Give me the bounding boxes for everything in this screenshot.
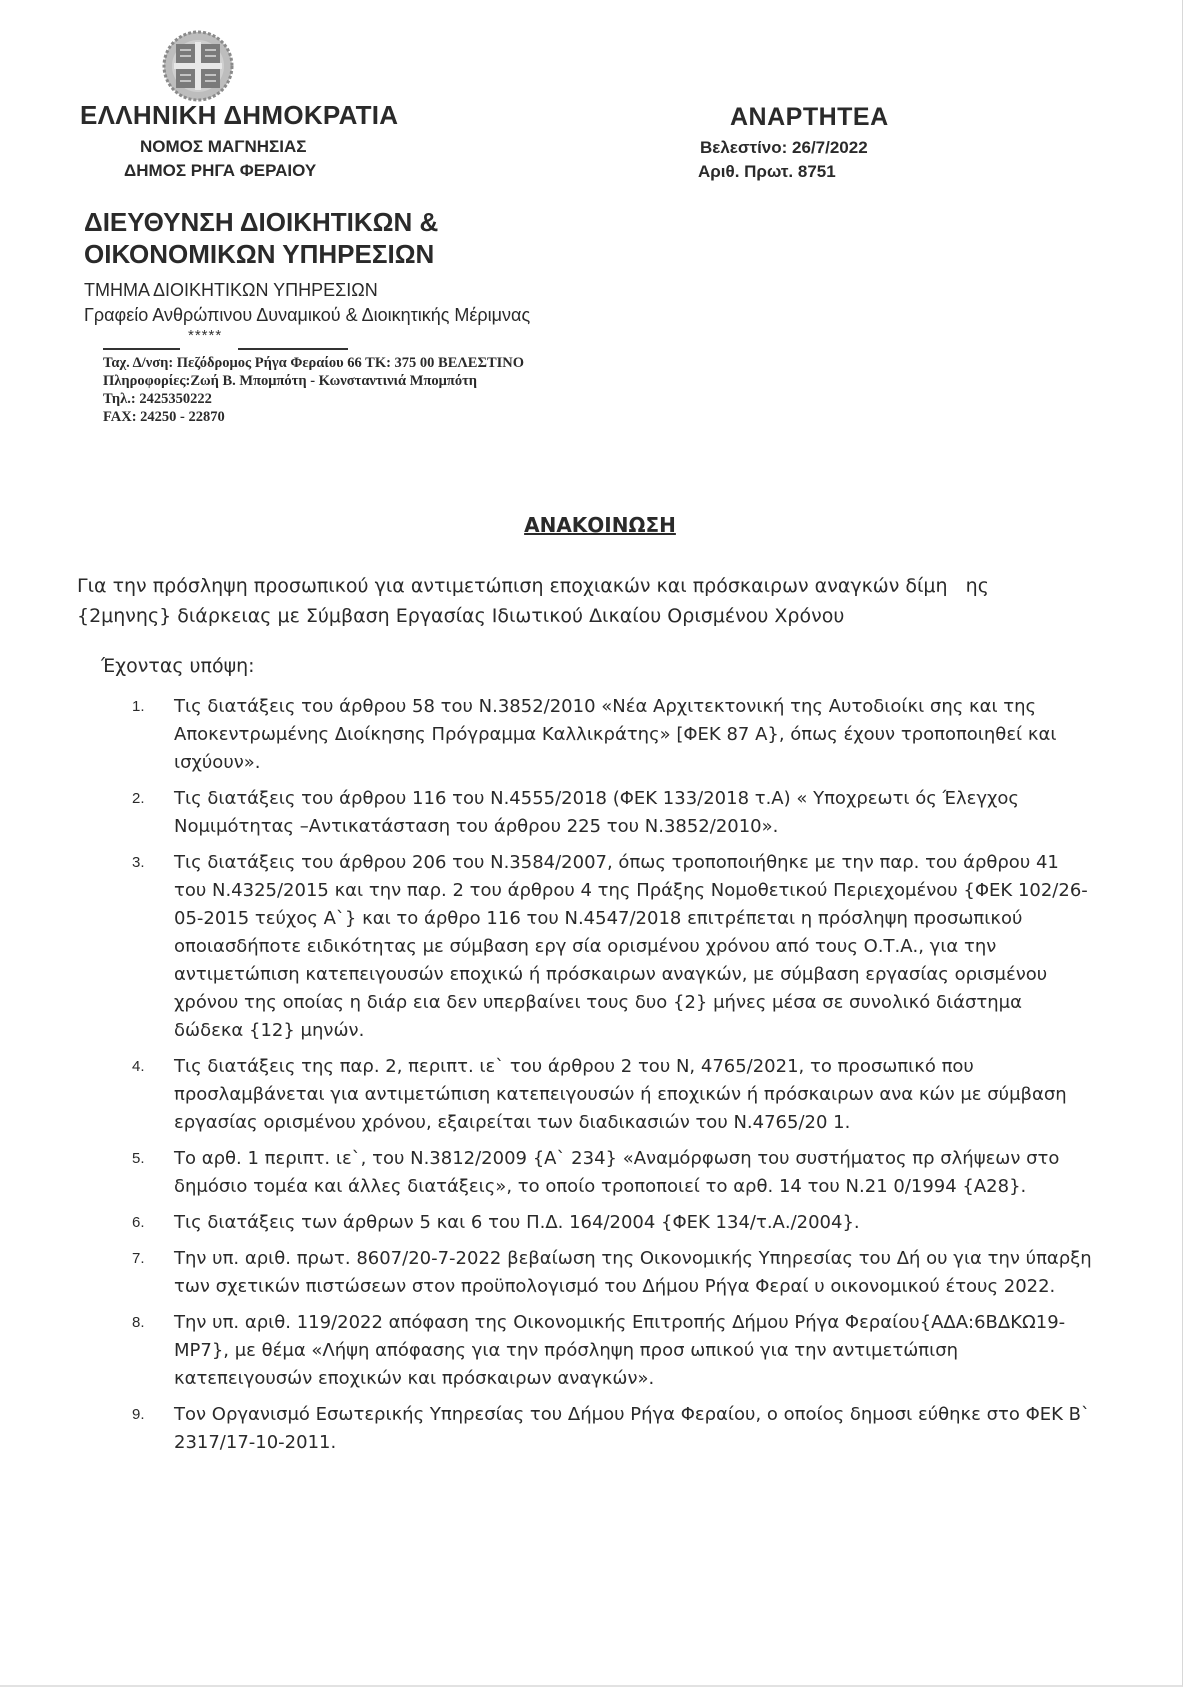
item-text: Τον Οργανισμό Εσωτερικής Υπηρεσίας του Δ… bbox=[174, 1401, 1092, 1457]
considering-heading: Έχοντας υπόψη: bbox=[101, 655, 255, 677]
list-item: 4.Τις διατάξεις της παρ. 2, περιπτ. ιε` … bbox=[132, 1053, 1092, 1137]
contact-block: Ταχ. Δ/νση: Πεζόδρομος Ρήγα Φεραίου 66 Τ… bbox=[103, 354, 524, 426]
protocol-number: Αριθ. Πρωτ. 8751 bbox=[698, 160, 889, 184]
list-item: 6.Τις διατάξεις των άρθρων 5 και 6 του Π… bbox=[132, 1209, 1092, 1237]
item-text: Τις διατάξεις του άρθρου 206 του Ν.3584/… bbox=[174, 849, 1092, 1045]
postal-address: Ταχ. Δ/νση: Πεζόδρομος Ρήγα Φεραίου 66 Τ… bbox=[103, 354, 524, 372]
document-reference: ΑΝΑΡΤΗΤΕΑ Βελεστίνο: 26/7/2022 Αριθ. Πρω… bbox=[700, 103, 889, 184]
item-text: Την υπ. αριθ. 119/2022 απόφαση της Οικον… bbox=[174, 1309, 1092, 1393]
department-name: ΤΜΗΜΑ ΔΙΟΙΚΗΤΙΚΩΝ ΥΠΗΡΕΣΙΩΝ bbox=[84, 278, 530, 303]
divider-line bbox=[238, 348, 348, 350]
prefecture-name: ΝΟΜΟΣ ΜΑΓΝΗΣΙΑΣ bbox=[80, 135, 398, 159]
list-item: 3.Τις διατάξεις του άρθρου 206 του Ν.358… bbox=[132, 849, 1092, 1045]
item-text: Το αρθ. 1 περιπτ. ιε`, του Ν.3812/2009 {… bbox=[174, 1145, 1092, 1201]
legal-basis-list: 1.Τις διατάξεις του άρθρου 58 του Ν.3852… bbox=[132, 693, 1092, 1465]
divider-line bbox=[103, 348, 180, 350]
municipality-name: ΔΗΜΟΣ ΡΗΓΑ ΦΕΡΑΙΟΥ bbox=[80, 159, 398, 183]
subject-line-2: {2μηνης} διάρκειας με Σύμβαση Εργασίας Ι… bbox=[77, 601, 1097, 631]
document-page: ΕΛΛΗΝΙΚΗ ΔΗΜΟΚΡΑΤΙΑ ΝΟΜΟΣ ΜΑΓΝΗΣΙΑΣ ΔΗΜΟ… bbox=[0, 0, 1183, 1687]
greek-coat-of-arms-icon bbox=[160, 28, 236, 104]
subject-line-1: Για την πρόσληψη προσωπικού για αντιμετώ… bbox=[77, 571, 1097, 601]
item-text: Την υπ. αριθ. πρωτ. 8607/20-7-2022 βεβαί… bbox=[174, 1245, 1092, 1301]
item-text: Τις διατάξεις των άρθρων 5 και 6 του Π.Δ… bbox=[174, 1209, 1092, 1237]
item-number: 2. bbox=[132, 785, 145, 813]
document-date: Βελεστίνο: 26/7/2022 bbox=[700, 136, 889, 160]
directorate-line-2: ΟΙΚΟΝΟΜΙΚΩΝ ΥΠΗΡΕΣΙΩΝ bbox=[84, 238, 438, 270]
item-text: Τις διατάξεις της παρ. 2, περιπτ. ιε` το… bbox=[174, 1053, 1092, 1137]
list-item: 7.Την υπ. αριθ. πρωτ. 8607/20-7-2022 βεβ… bbox=[132, 1245, 1092, 1301]
list-item: 9.Τον Οργανισμό Εσωτερικής Υπηρεσίας του… bbox=[132, 1401, 1092, 1457]
directorate-name: ΔΙΕΥΘΥΝΣΗ ΔΙΟΙΚΗΤΙΚΩΝ & ΟΙΚΟΝΟΜΙΚΩΝ ΥΠΗΡ… bbox=[84, 206, 438, 270]
issuer-header: ΕΛΛΗΝΙΚΗ ΔΗΜΟΚΡΑΤΙΑ ΝΟΜΟΣ ΜΑΓΝΗΣΙΑΣ ΔΗΜΟ… bbox=[80, 100, 398, 183]
posting-label: ΑΝΑΡΤΗΤΕΑ bbox=[730, 103, 889, 132]
contact-persons: Πληροφορίες:Ζωή Β. Μπομπότη - Κωνσταντιν… bbox=[103, 372, 524, 390]
item-number: 8. bbox=[132, 1309, 145, 1337]
fax-number: FAX: 24250 - 22870 bbox=[103, 408, 524, 426]
separator-stars: ***** bbox=[188, 327, 222, 344]
department-block: ΤΜΗΜΑ ΔΙΟΙΚΗΤΙΚΩΝ ΥΠΗΡΕΣΙΩΝ Γραφείο Ανθρ… bbox=[84, 278, 530, 328]
item-text: Τις διατάξεις του άρθρου 116 του Ν.4555/… bbox=[174, 785, 1092, 841]
list-item: 2.Τις διατάξεις του άρθρου 116 του Ν.455… bbox=[132, 785, 1092, 841]
item-text: Τις διατάξεις του άρθρου 58 του Ν.3852/2… bbox=[174, 693, 1092, 777]
list-item: 1.Τις διατάξεις του άρθρου 58 του Ν.3852… bbox=[132, 693, 1092, 777]
item-number: 9. bbox=[132, 1401, 145, 1429]
republic-name: ΕΛΛΗΝΙΚΗ ΔΗΜΟΚΡΑΤΙΑ bbox=[80, 100, 398, 131]
item-number: 3. bbox=[132, 849, 145, 877]
directorate-line-1: ΔΙΕΥΘΥΝΣΗ ΔΙΟΙΚΗΤΙΚΩΝ & bbox=[84, 206, 438, 238]
item-number: 7. bbox=[132, 1245, 145, 1273]
item-number: 6. bbox=[132, 1209, 145, 1237]
item-number: 1. bbox=[132, 693, 145, 721]
list-item: 5.Το αρθ. 1 περιπτ. ιε`, του Ν.3812/2009… bbox=[132, 1145, 1092, 1201]
list-item: 8.Την υπ. αριθ. 119/2022 απόφαση της Οικ… bbox=[132, 1309, 1092, 1393]
item-number: 4. bbox=[132, 1053, 145, 1081]
item-number: 5. bbox=[132, 1145, 145, 1173]
phone-number: Τηλ.: 2425350222 bbox=[103, 390, 524, 408]
announcement-title: ΑΝΑΚΟΙΝΩΣΗ bbox=[0, 513, 1200, 537]
announcement-subject: Για την πρόσληψη προσωπικού για αντιμετώ… bbox=[77, 571, 1097, 631]
office-name: Γραφείο Ανθρώπινου Δυναμικού & Διοικητικ… bbox=[84, 303, 530, 328]
